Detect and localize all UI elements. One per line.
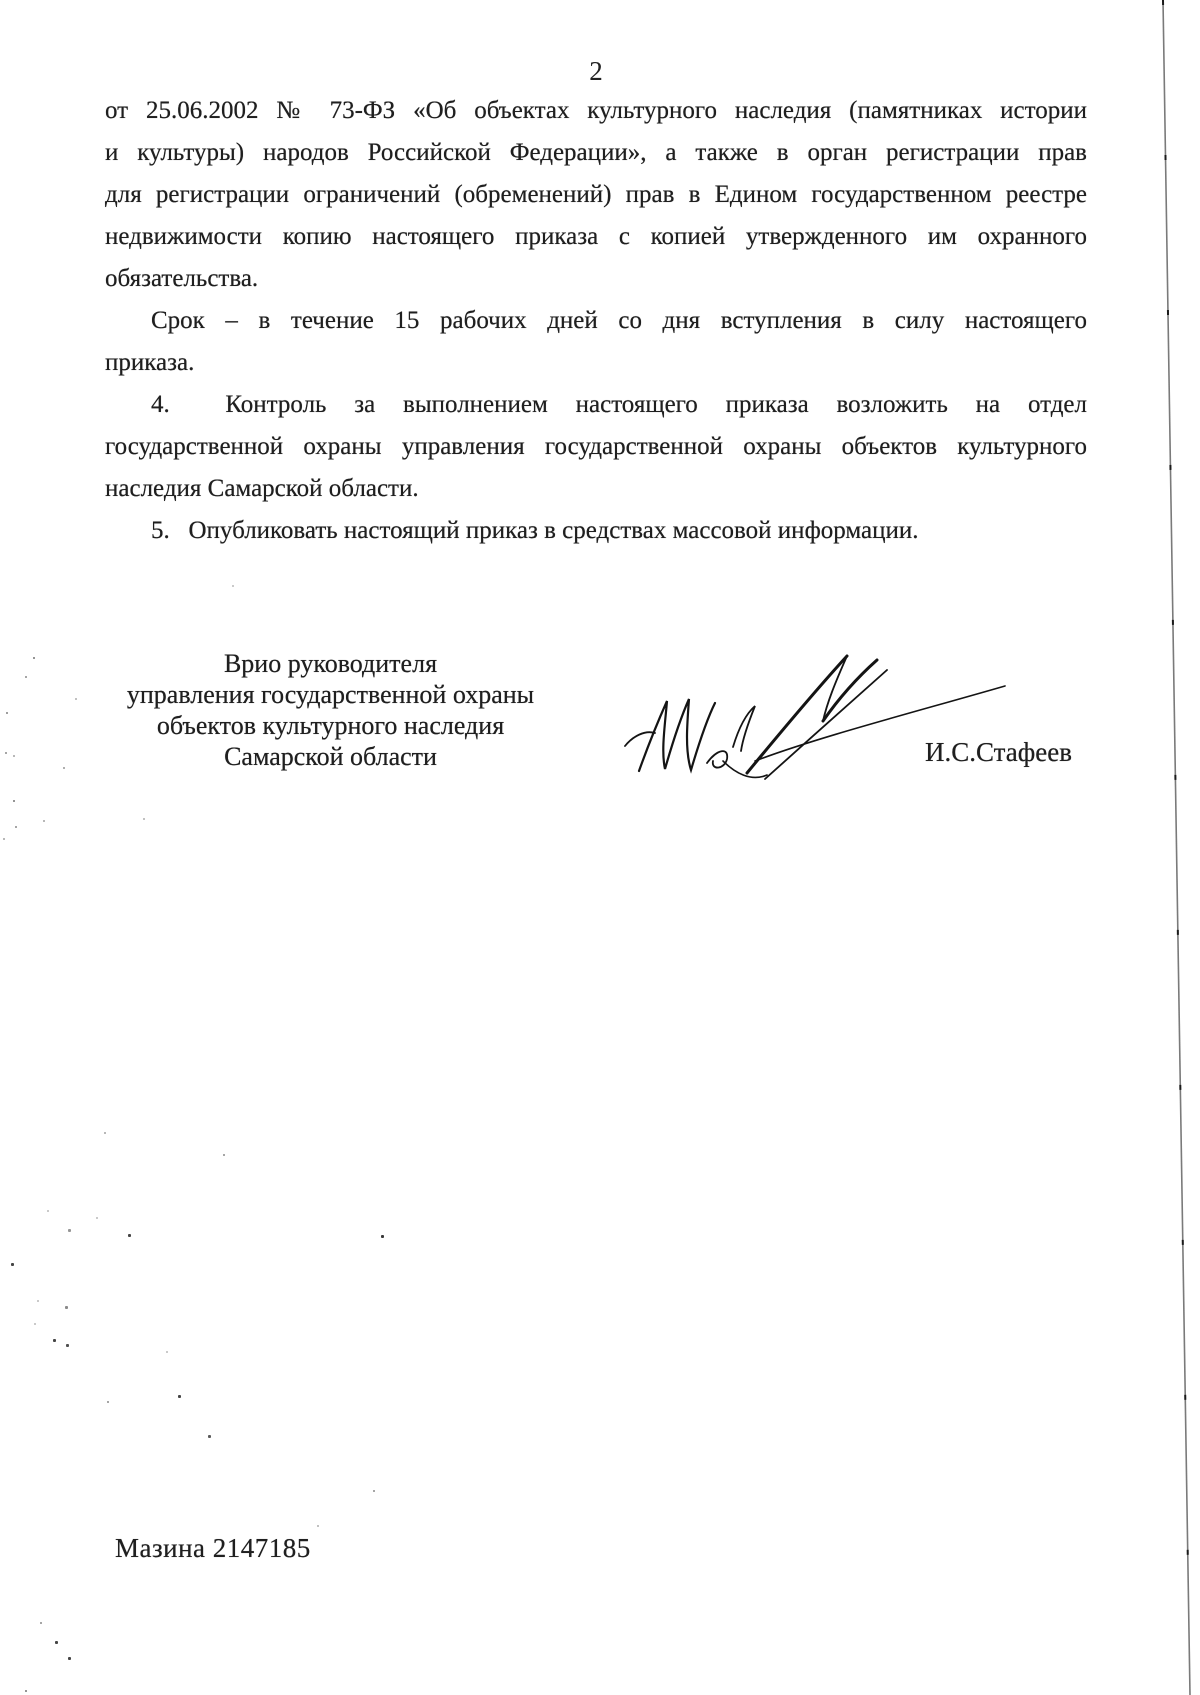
scan-speck (40, 1622, 42, 1624)
body-line: 5. Опубликовать настоящий приказ в средс… (105, 510, 1087, 552)
scan-speck (75, 698, 77, 700)
signatory-title-line: Самарской области (108, 741, 553, 772)
scan-speck (373, 1490, 375, 1492)
document-page: 2 от 25.06.2002 № 73-ФЗ «Об объектах кул… (0, 0, 1200, 1695)
body-text: от 25.06.2002 № 73-ФЗ «Об объектах культ… (105, 90, 1087, 552)
scan-speck (6, 712, 8, 714)
scan-speck (381, 1235, 384, 1238)
body-line: обязательства. (105, 258, 1087, 300)
body-line: государственной охраны управления госуда… (105, 426, 1087, 468)
page-number: 2 (105, 56, 1087, 87)
scan-speck (53, 1339, 56, 1342)
body-line: от 25.06.2002 № 73-ФЗ «Об объектах культ… (105, 90, 1087, 132)
body-line: 4. Контроль за выполнением настоящего пр… (105, 384, 1087, 426)
scan-speck (13, 800, 15, 802)
signatory-title-line: объектов культурного наследия (108, 710, 553, 741)
scan-speck (63, 767, 65, 769)
signature-scribble (615, 643, 1065, 793)
scan-speck (25, 1690, 27, 1692)
body-line: для регистрации ограничений (обременений… (105, 174, 1087, 216)
scan-speck (47, 1210, 49, 1212)
signatory-title-line: управления государственной охраны (108, 679, 553, 710)
body-line: наследия Самарской области. (105, 468, 1087, 510)
scan-speck (208, 1435, 211, 1438)
signatory-title-line: Врио руководителя (108, 648, 553, 679)
scan-speck (96, 1217, 98, 1219)
body-line: приказа. (105, 342, 1087, 384)
scan-speck (66, 1344, 69, 1347)
scan-speck (43, 820, 45, 822)
scan-speck (317, 1525, 319, 1527)
scan-speck (68, 1229, 71, 1232)
scan-speck (34, 1323, 36, 1325)
scan-speck (33, 657, 35, 659)
scan-speck (13, 755, 15, 757)
signatory-title: Врио руководителя управления государстве… (108, 648, 553, 772)
scan-speck (166, 1351, 168, 1353)
scan-speck (223, 1154, 225, 1156)
body-line: Срок – в течение 15 рабочих дней со дня … (105, 300, 1087, 342)
scan-speck (15, 826, 17, 828)
scan-speck (178, 1395, 181, 1398)
body-line: недвижимости копию настоящего приказа с … (105, 216, 1087, 258)
scan-speck (68, 1657, 71, 1660)
scan-speck (37, 1300, 39, 1302)
scan-speck (3, 838, 5, 840)
scan-speck (65, 1306, 68, 1309)
scan-speck (25, 676, 27, 678)
executor-note: Мазина 2147185 (115, 1533, 311, 1564)
signer-name: И.С.Стафеев (925, 737, 1072, 768)
scan-speck (11, 1263, 14, 1266)
scan-speck (232, 585, 234, 587)
body-line: и культуры) народов Российской Федерации… (105, 132, 1087, 174)
scan-speck (143, 818, 145, 820)
scan-speck (107, 1401, 109, 1403)
scan-speck (5, 752, 7, 754)
scan-speck (128, 1234, 131, 1237)
scan-speck (104, 1132, 106, 1134)
scan-speck (212, 527, 214, 529)
scan-speck (55, 1641, 58, 1644)
